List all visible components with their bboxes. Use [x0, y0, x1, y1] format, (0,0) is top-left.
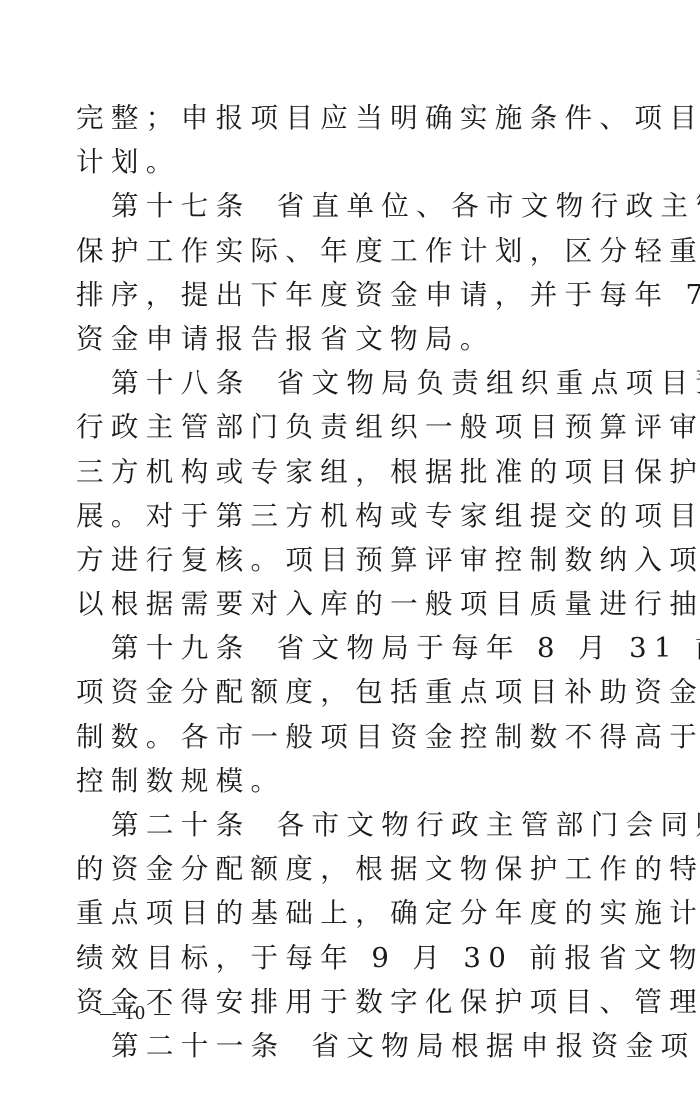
paragraph-line: 排序，提出下年度资金申请，并于每年 7 月 31 日前将下一年度 — [76, 273, 646, 317]
line-text: 三方机构或专家组，根据批准的项目保护方案和相关技术标准开 — [76, 456, 700, 488]
line-text: 项资金分配额度，包括重点项目补助资金明细和一般项目资金控 — [76, 676, 700, 708]
document-page: 完整；申报项目应当明确实施条件、项目实施周期和分年度预算计划。第十七条省直单位、… — [76, 96, 646, 1068]
article-heading-line: 第十七条省直单位、各市文物行政主管部门综合考虑文物 — [76, 184, 646, 228]
line-text: 展。对于第三方机构或专家组提交的项目预算评审意见，由委托 — [76, 500, 700, 532]
page-number: 10 — [124, 1002, 146, 1024]
line-text: 省直单位、各市文物行政主管部门综合考虑文物 — [277, 190, 700, 222]
paragraph-line: 三方机构或专家组，根据批准的项目保护方案和相关技术标准开 — [76, 450, 646, 494]
line-text: 各市文物行政主管部门会同财政部门按照下达 — [277, 809, 700, 841]
paragraph-line: 行政主管部门负责组织一般项目预算评审。项目预算评审委托第 — [76, 405, 646, 449]
paragraph-line: 以根据需要对入库的一般项目质量进行抽查。 — [76, 582, 646, 626]
article-number: 第十八条 — [111, 367, 251, 399]
paragraph-line: 完整；申报项目应当明确实施条件、项目实施周期和分年度预算 — [76, 96, 646, 140]
line-text: 保护工作实际、年度工作计划，区分轻重缓急，对申报项目进行 — [76, 235, 700, 267]
line-text: 的资金分配额度，根据文物保护工作的特点和实施进度，在保障 — [76, 853, 700, 885]
paragraph-line: 保护工作实际、年度工作计划，区分轻重缓急，对申报项目进行 — [76, 229, 646, 273]
paragraph-line: 控制数规模。 — [76, 759, 646, 803]
line-text: 控制数规模。 — [76, 765, 285, 797]
paragraph-line: 重点项目的基础上，确定分年度的实施计划，编制资金分配方案、 — [76, 891, 646, 935]
article-number: 第二十一条 — [111, 1030, 286, 1062]
paragraph-line: 方进行复核。项目预算评审控制数纳入项目库管理。省文物局可 — [76, 538, 646, 582]
line-text: 方进行复核。项目预算评审控制数纳入项目库管理。省文物局可 — [76, 544, 700, 576]
paragraph-line: 项资金分配额度，包括重点项目补助资金明细和一般项目资金控 — [76, 670, 646, 714]
paragraph-line: 计划。 — [76, 140, 646, 184]
line-text: 完整；申报项目应当明确实施条件、项目实施周期和分年度预算 — [76, 102, 700, 134]
line-text: 资金申请报告报省文物局。 — [76, 323, 495, 355]
article-number: 第十九条 — [111, 632, 251, 664]
line-text: 计划。 — [76, 146, 181, 178]
line-text: 省文物局根据申报资金项目的轻重缓急，结合 — [312, 1030, 700, 1062]
article-heading-line: 第二十一条省文物局根据申报资金项目的轻重缓急，结合 — [76, 1024, 646, 1068]
paragraph-line: 制数。各市一般项目资金控制数不得高于该市年度一般项目评审 — [76, 715, 646, 759]
article-number: 第十七条 — [111, 190, 251, 222]
page-footer: 10 — [92, 1002, 178, 1025]
dash-right — [154, 1014, 170, 1016]
line-text: 行政主管部门负责组织一般项目预算评审。项目预算评审委托第 — [76, 411, 700, 443]
paragraph-line: 展。对于第三方机构或专家组提交的项目预算评审意见，由委托 — [76, 494, 646, 538]
line-text: 制数。各市一般项目资金控制数不得高于该市年度一般项目评审 — [76, 721, 700, 753]
article-heading-line: 第二十条各市文物行政主管部门会同财政部门按照下达 — [76, 803, 646, 847]
line-text: 省文物局于每年 8 月 31 前向各市下达下年度专 — [277, 632, 700, 664]
paragraph-line: 绩效目标，于每年 9 月 30 前报省文物局、省财政厅。一般项目 — [76, 936, 646, 980]
line-text: 重点项目的基础上，确定分年度的实施计划，编制资金分配方案、 — [76, 897, 700, 929]
paragraph-line: 资金申请报告报省文物局。 — [76, 317, 646, 361]
article-heading-line: 第十九条省文物局于每年 8 月 31 前向各市下达下年度专 — [76, 626, 646, 670]
article-number: 第二十条 — [111, 809, 251, 841]
article-heading-line: 第十八条省文物局负责组织重点项目预算评审。市级文物 — [76, 361, 646, 405]
dash-left — [100, 1014, 116, 1016]
line-text: 绩效目标，于每年 9 月 30 前报省文物局、省财政厅。一般项目 — [76, 942, 700, 974]
line-text: 排序，提出下年度资金申请，并于每年 7 月 31 日前将下一年度 — [76, 279, 700, 311]
paragraph-line: 的资金分配额度，根据文物保护工作的特点和实施进度，在保障 — [76, 847, 646, 891]
line-text: 以根据需要对入库的一般项目质量进行抽查。 — [76, 588, 700, 620]
line-text: 省文物局负责组织重点项目预算评审。市级文物 — [277, 367, 700, 399]
